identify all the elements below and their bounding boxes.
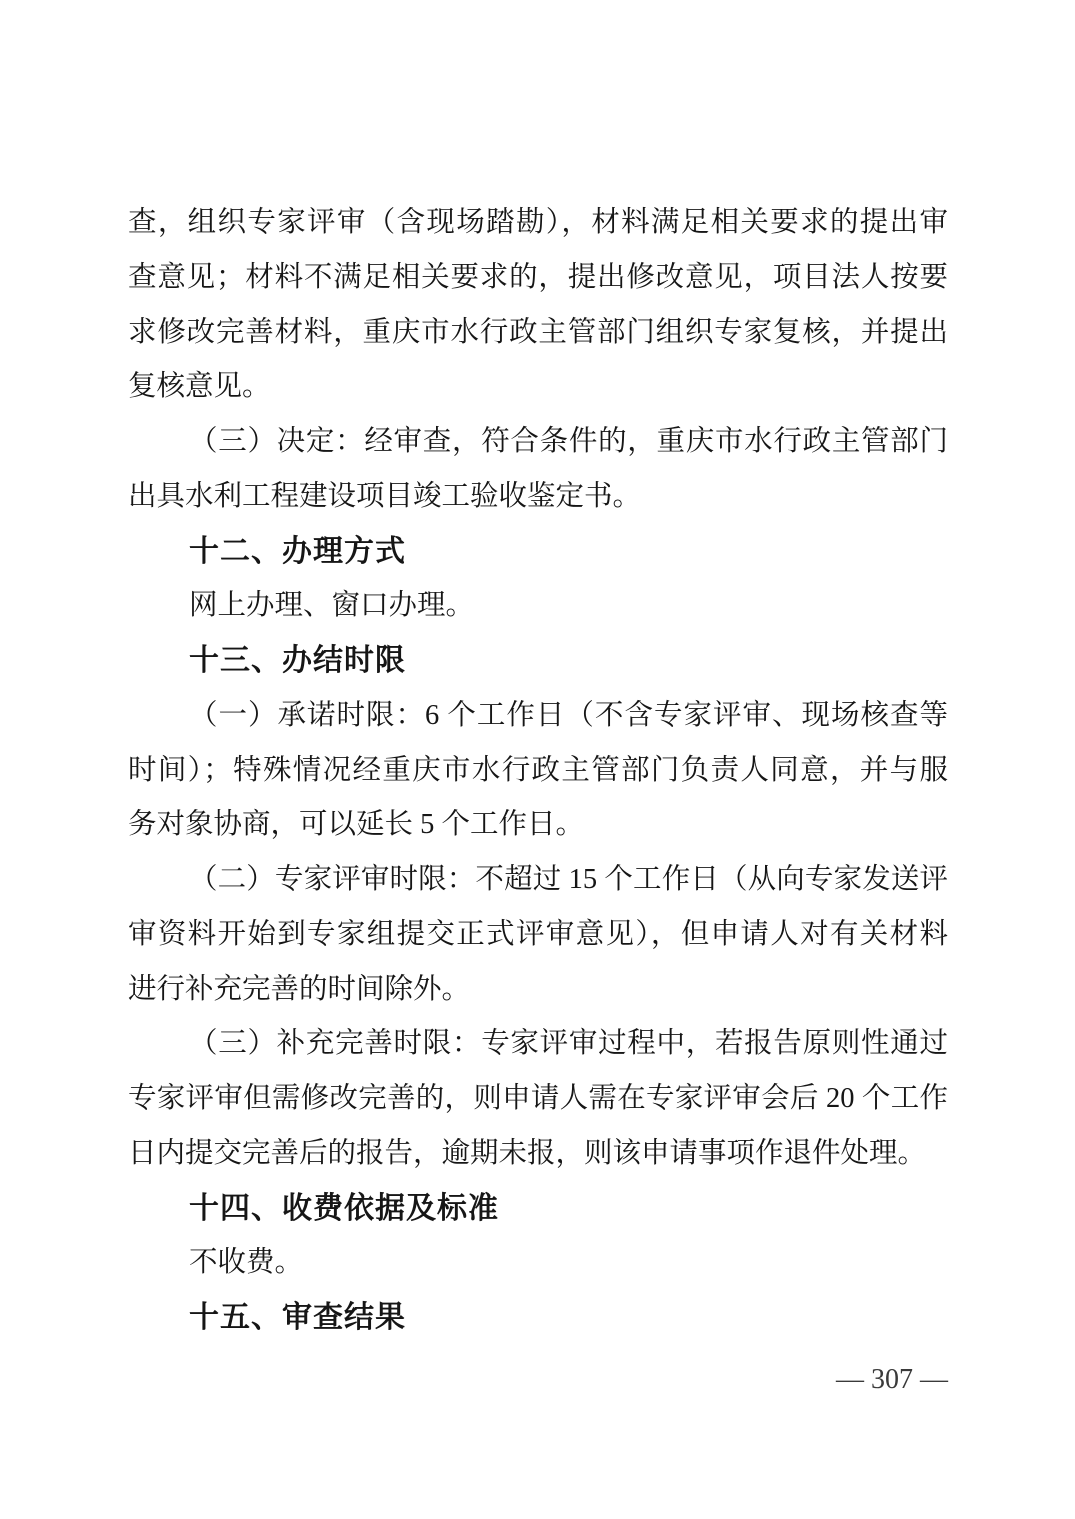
section-heading-13: 十三、办结时限 xyxy=(128,634,948,689)
paragraph-promise-time-limit: （一）承诺时限：6 个工作日（不含专家评审、现场核查等 时间）；特殊情况经重庆市… xyxy=(128,689,948,853)
paragraph-supplement-time-limit: （三）补充完善时限：专家评审过程中，若报告原则性通过 专家评审但需修改完善的，则… xyxy=(128,1017,948,1181)
heading-line: 十二、办理方式 xyxy=(128,525,948,580)
paragraph-handling-method: 网上办理、窗口办理。 xyxy=(128,579,948,634)
body-line: 网上办理、窗口办理。 xyxy=(128,579,948,634)
paragraph-review-procedure: 查，组织专家评审（含现场踏勘），材料满足相关要求的提出审 查意见；材料不满足相关… xyxy=(128,196,948,415)
body-line: 查，组织专家评审（含现场踏勘），材料满足相关要求的提出审 xyxy=(128,196,948,251)
paragraph-expert-review-time-limit: （二）专家评审时限：不超过 15 个工作日（从向专家发送评 审资料开始到专家组提… xyxy=(128,853,948,1017)
body-line: （二）专家评审时限：不超过 15 个工作日（从向专家发送评 xyxy=(128,853,948,908)
document-page: 查，组织专家评审（含现场踏勘），材料满足相关要求的提出审 查意见；材料不满足相关… xyxy=(0,0,1075,1519)
heading-line: 十四、收费依据及标准 xyxy=(128,1182,948,1237)
body-line: （三）补充完善时限：专家评审过程中，若报告原则性通过 xyxy=(128,1017,948,1072)
paragraph-no-fee: 不收费。 xyxy=(128,1236,948,1291)
body-line: 出具水利工程建设项目竣工验收鉴定书。 xyxy=(128,470,948,525)
body-line: 审资料开始到专家组提交正式评审意见），但申请人对有关材料 xyxy=(128,908,948,963)
body-line: 专家评审但需修改完善的，则申请人需在专家评审会后 20 个工作 xyxy=(128,1072,948,1127)
body-line: 务对象协商，可以延长 5 个工作日。 xyxy=(128,798,948,853)
section-heading-14: 十四、收费依据及标准 xyxy=(128,1182,948,1237)
body-line: 日内提交完善后的报告，逾期未报，则该申请事项作退件处理。 xyxy=(128,1127,948,1182)
heading-line: 十五、审查结果 xyxy=(128,1291,948,1346)
document-body: 查，组织专家评审（含现场踏勘），材料满足相关要求的提出审 查意见；材料不满足相关… xyxy=(128,196,948,1346)
heading-line: 十三、办结时限 xyxy=(128,634,948,689)
body-line: 进行补充完善的时间除外。 xyxy=(128,963,948,1018)
section-heading-12: 十二、办理方式 xyxy=(128,525,948,580)
body-line: （三）决定：经审查，符合条件的，重庆市水行政主管部门 xyxy=(128,415,948,470)
page-number: — 307 — xyxy=(128,1364,948,1396)
body-line: （一）承诺时限：6 个工作日（不含专家评审、现场核查等 xyxy=(128,689,948,744)
body-line: 求修改完善材料，重庆市水行政主管部门组织专家复核，并提出 xyxy=(128,306,948,361)
body-line: 复核意见。 xyxy=(128,360,948,415)
body-line: 不收费。 xyxy=(128,1236,948,1291)
paragraph-decision: （三）决定：经审查，符合条件的，重庆市水行政主管部门 出具水利工程建设项目竣工验… xyxy=(128,415,948,525)
section-heading-15: 十五、审查结果 xyxy=(128,1291,948,1346)
body-line: 查意见；材料不满足相关要求的，提出修改意见，项目法人按要 xyxy=(128,251,948,306)
body-line: 时间）；特殊情况经重庆市水行政主管部门负责人同意，并与服 xyxy=(128,744,948,799)
